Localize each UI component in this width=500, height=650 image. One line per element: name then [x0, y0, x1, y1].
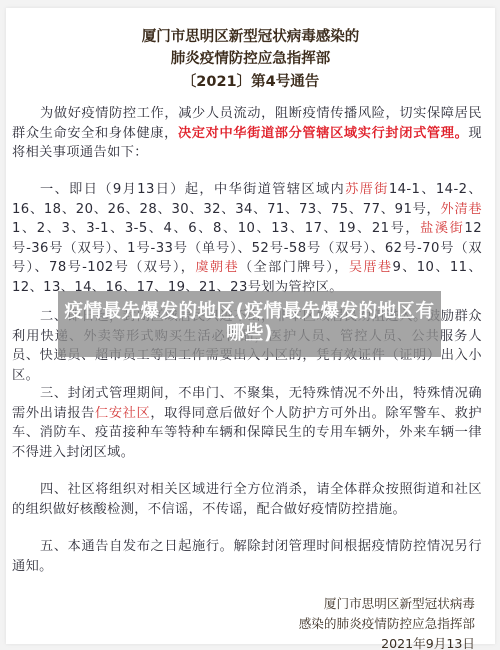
signature-date: 2021年9月13日	[381, 634, 475, 650]
header-line-2: 肺炎疫情防控应急指挥部	[6, 47, 495, 68]
notice-number: 〔2021〕第4号通告	[6, 70, 495, 91]
item1-text: 1、2、3、3-1、3-5、4、6、8、10、13、17、19、21号，	[12, 221, 420, 236]
street-name: 盐溪街	[420, 221, 464, 236]
header-line-1: 厦门市思明区新型冠状病毒感染的	[6, 25, 495, 46]
item1-text: （全部门牌号），	[239, 260, 349, 275]
item-1-paragraph: 一、即日（9月13日）起，中华街道管辖区域内苏厝街14-1、14-2、16、18…	[12, 180, 482, 297]
item-4-paragraph: 四、社区将组织对相关区域进行全方位消杀，请全体群众按照街道和社区的组织做好核酸检…	[12, 480, 482, 519]
intro-paragraph: 为做好疫情防控工作，减少人员流动，阻断疫情传播风险，切实保障居民群众生命安全和身…	[12, 104, 482, 163]
item1-text: 一、即日（9月13日）起，中华街道管辖区域内	[40, 182, 345, 197]
community-name: 仁安社区	[95, 406, 150, 421]
street-name: 吴厝巷	[349, 260, 393, 275]
intro-highlight: 决定对中华街道部分管辖区域实行封闭式管理。	[178, 126, 468, 141]
street-name: 苏厝街	[345, 182, 389, 197]
article-title-overlay: 疫情最先爆发的地区(疫情最先爆发的地区有哪些)	[58, 291, 441, 357]
item-3-paragraph: 三、封闭式管理期间，不串门、不聚集，无特殊情况不外出，特殊情况确需外出请报告仁安…	[12, 384, 482, 462]
signature-line-2: 感染的肺炎疫情防控应急指挥部	[299, 614, 475, 633]
signature-line-1: 厦门市思明区新型冠状病毒	[324, 594, 475, 613]
item-5-paragraph: 五、本通告自发布之日起施行。解除封闭管理时间根据疫情防控情况另行通知。	[12, 537, 482, 576]
street-name: 虞朝巷	[195, 260, 239, 275]
street-name: 外清巷	[441, 202, 482, 217]
